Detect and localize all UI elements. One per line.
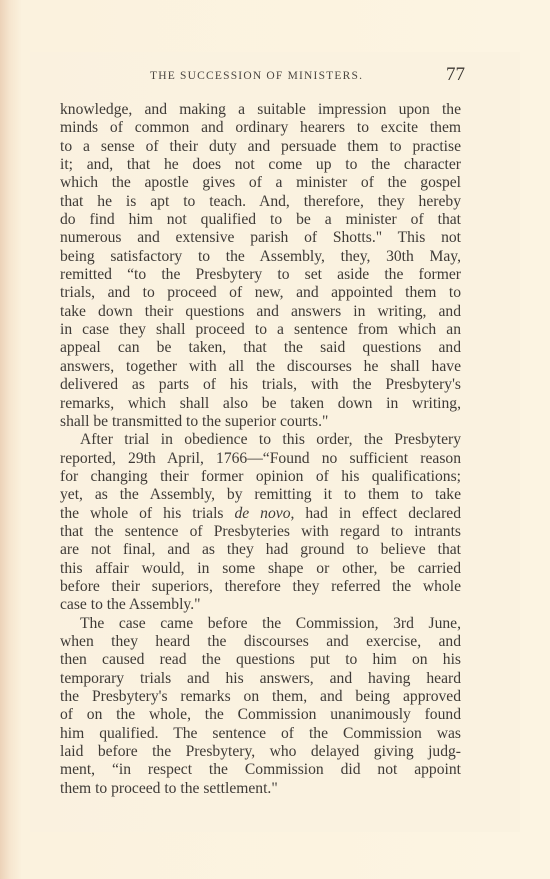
text-line: answers, together with all the discourse… [60,358,461,376]
page-header: THE SUCCESSION OF MINISTERS. 77 [60,64,460,90]
text-line: are not final, and as they had ground to… [60,541,461,559]
text-line: minds of common and ordinary hearers to … [60,119,461,137]
text-line-with-italic: the whole of his trials de novo, had in … [60,505,461,523]
text-line: this affair would, in some shape or othe… [60,560,461,578]
text-line: when they heard the discourses and exerc… [60,633,461,651]
text-line: it; and, that he does not come up to the… [60,156,461,174]
text-line: the Presbytery's remarks on them, and be… [60,688,461,706]
text-run: the whole of his trials [60,505,234,522]
text-line: reported, 29th April, 1766—“Found no suf… [60,450,461,468]
text-line: that he is apt to teach. And, therefore,… [60,193,461,211]
text-line: take down their questions and answers in… [60,303,461,321]
text-line: which the apostle gives of a minister of… [60,174,461,192]
text-line: to a sense of their duty and persuade th… [60,138,461,156]
body-text: knowledge, and making a suitable impress… [60,101,461,798]
text-line: that the sentence of Presbyteries with r… [60,523,461,541]
text-run: , had in effect declared [291,505,462,522]
book-page: THE SUCCESSION OF MINISTERS. 77 knowledg… [0,0,550,879]
text-line: being satisfactory to the Assembly, they… [60,248,461,266]
text-line: trials, and to proceed of new, and appoi… [60,284,461,302]
text-line: appeal can be taken, that the said quest… [60,339,461,357]
text-line: numerous and extensive parish of Shotts.… [60,229,461,247]
text-line: before their superiors, therefore they r… [60,578,461,596]
text-line: knowledge, and making a suitable impress… [60,101,461,119]
text-line: ment, “in respect the Commission did not… [60,761,461,779]
text-line: shall be transmitted to the superior cou… [60,413,461,431]
text-line: for changing their former opinion of his… [60,468,461,486]
running-head: THE SUCCESSION OF MINISTERS. [150,70,363,82]
text-line: them to proceed to the settlement." [60,780,461,798]
text-line: case to the Assembly." [60,596,461,614]
text-line: of on the whole, the Commission unanimou… [60,706,461,724]
italic-phrase: de novo [234,505,290,522]
paragraph-3: The case came before the Commission, 3rd… [60,615,461,798]
text-line: do find him not qualified to be a minist… [60,211,461,229]
text-line: him qualified. The sentence of the Commi… [60,725,461,743]
page-number: 77 [446,64,465,86]
text-line: delivered as parts of his trials, with t… [60,376,461,394]
text-line: remitted “to the Presbytery to set aside… [60,266,461,284]
text-line: temporary trials and his answers, and ha… [60,670,461,688]
text-line: The case came before the Commission, 3rd… [60,615,461,633]
paragraph-1: knowledge, and making a suitable impress… [60,101,461,431]
text-line: then caused read the questions put to hi… [60,651,461,669]
text-line: laid before the Presbytery, who delayed … [60,743,461,761]
text-line: remarks, which shall also be taken down … [60,395,461,413]
paragraph-2: After trial in obedience to this order, … [60,431,461,614]
text-line: After trial in obedience to this order, … [60,431,461,449]
text-line: yet, as the Assembly, by remitting it to… [60,486,461,504]
text-line: in case they shall proceed to a sentence… [60,321,461,339]
